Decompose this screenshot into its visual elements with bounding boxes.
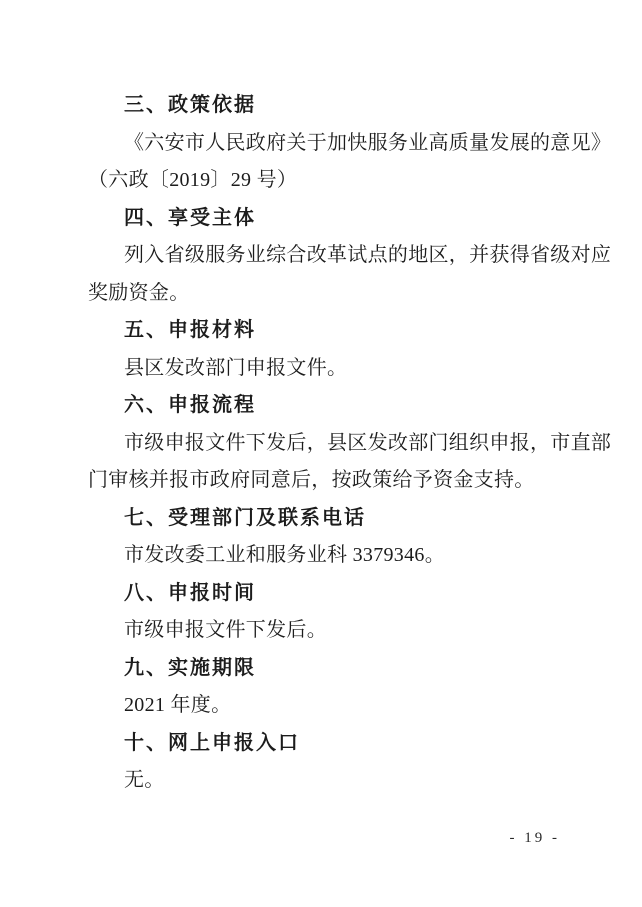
document-page: 三、政策依据《六安市人民政府关于加快服务业高质量发展的意见》（六政〔2019〕2… bbox=[0, 0, 642, 907]
paragraph-line: 县区发改部门申报文件。 bbox=[88, 350, 562, 388]
document-body: 三、政策依据《六安市人民政府关于加快服务业高质量发展的意见》（六政〔2019〕2… bbox=[88, 87, 562, 800]
paragraph-line: 门审核并报市政府同意后，按政策给予资金支持。 bbox=[88, 462, 562, 500]
paragraph-line: 2021 年度。 bbox=[88, 687, 562, 725]
paragraph-line: 列入省级服务业综合改革试点的地区，并获得省级对应 bbox=[88, 237, 562, 275]
paragraph-line: 《六安市人民政府关于加快服务业高质量发展的意见》 bbox=[88, 125, 562, 163]
section-heading: 七、受理部门及联系电话 bbox=[88, 500, 562, 538]
section-heading: 五、申报材料 bbox=[88, 312, 562, 350]
page-number: - 19 - bbox=[510, 828, 561, 848]
paragraph-line: 市级申报文件下发后，县区发改部门组织申报，市直部 bbox=[88, 425, 562, 463]
section-heading: 三、政策依据 bbox=[88, 87, 562, 125]
section-heading: 十、网上申报入口 bbox=[88, 725, 562, 763]
paragraph-line: 市发改委工业和服务业科 3379346。 bbox=[88, 537, 562, 575]
section-heading: 九、实施期限 bbox=[88, 650, 562, 688]
paragraph-line: 市级申报文件下发后。 bbox=[88, 612, 562, 650]
section-heading: 八、申报时间 bbox=[88, 575, 562, 613]
section-heading: 六、申报流程 bbox=[88, 387, 562, 425]
section-heading: 四、享受主体 bbox=[88, 200, 562, 238]
paragraph-line: （六政〔2019〕29 号） bbox=[88, 162, 562, 200]
paragraph-line: 无。 bbox=[88, 762, 562, 800]
paragraph-line: 奖励资金。 bbox=[88, 275, 562, 313]
